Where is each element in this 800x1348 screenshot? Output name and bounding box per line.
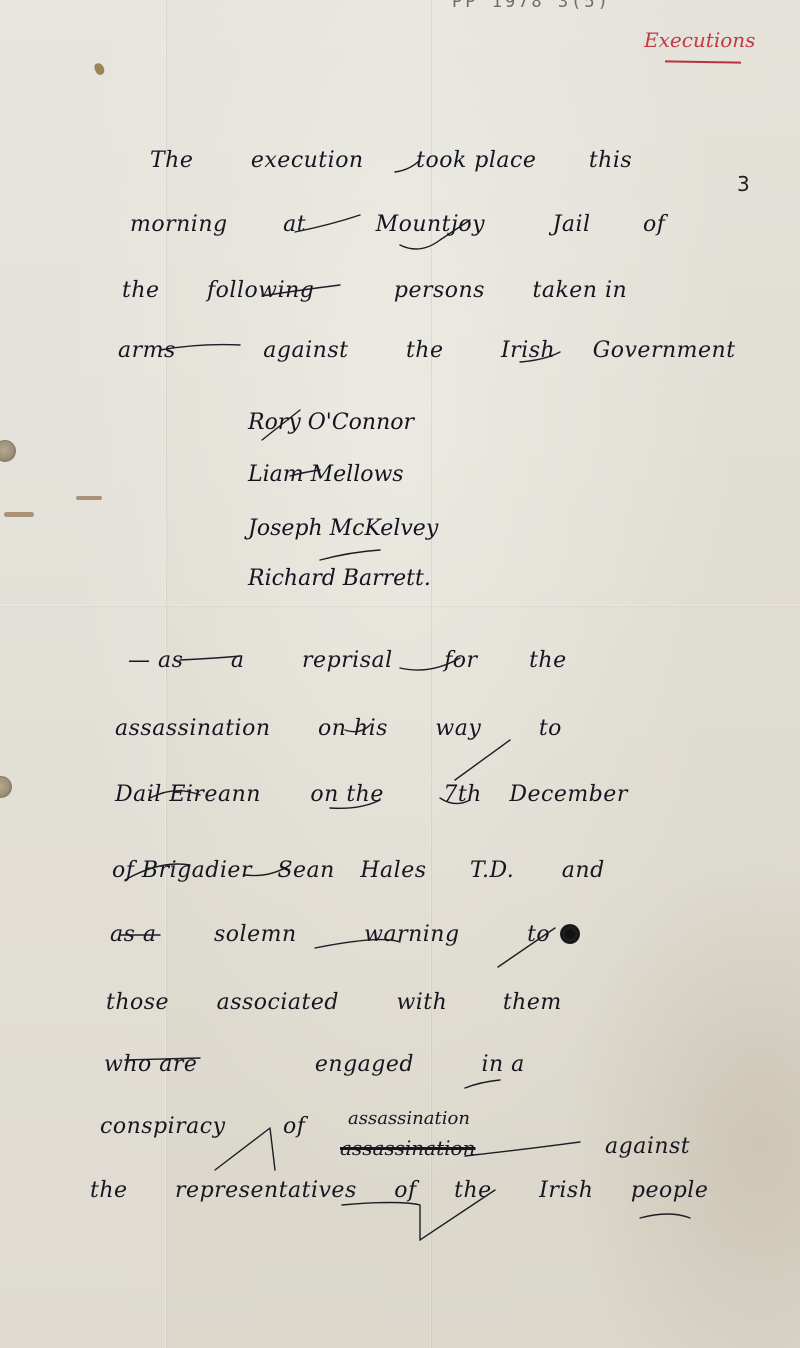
pen-connector-strokes: [0, 0, 800, 1348]
document-page: PP 1978 3(5) Executions 3 The execution …: [0, 0, 800, 1348]
